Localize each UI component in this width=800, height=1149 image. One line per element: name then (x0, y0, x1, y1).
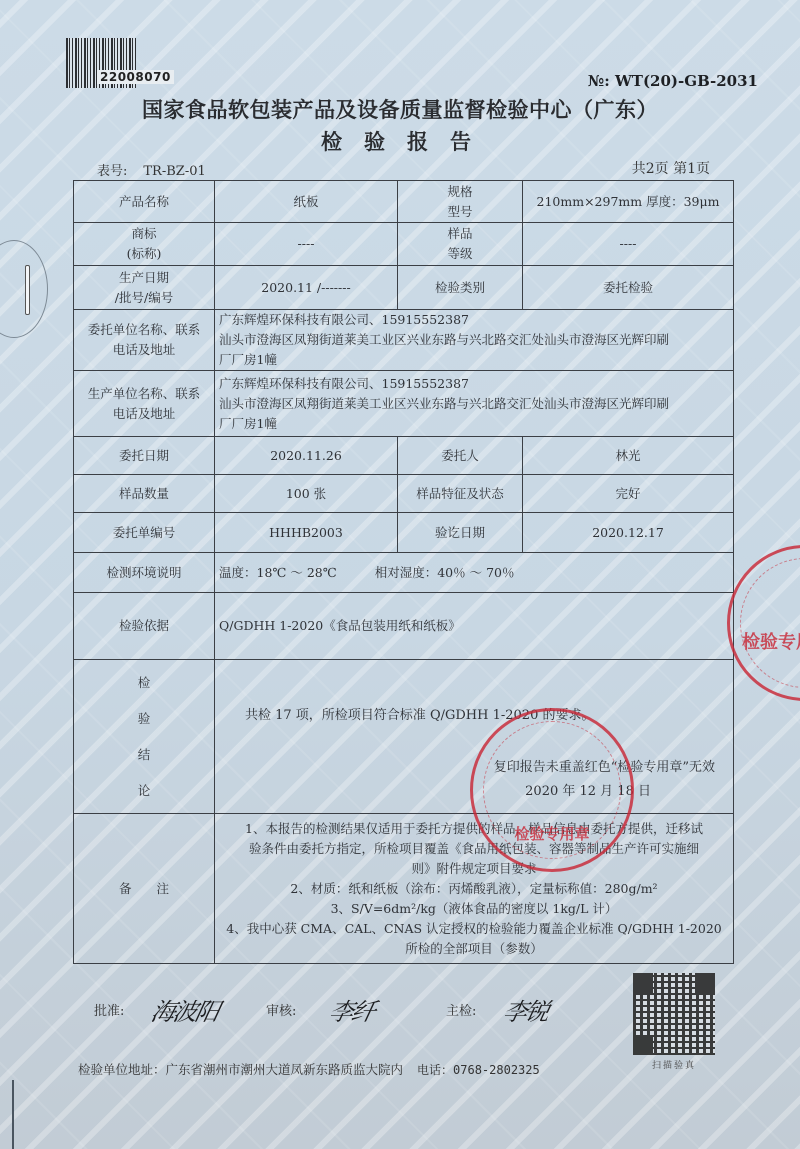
document-title: 检验报告 (0, 126, 800, 156)
sample-state: 完好 (523, 475, 734, 513)
table-row: 检测环境说明 温度：18℃ ～ 28℃相对湿度：40％ ～ 70％ (74, 553, 734, 593)
entruster-label: 委托人 (398, 437, 523, 475)
footer-telephone: 电话：0768-2802325 (417, 1063, 540, 1077)
table-row: 商标(标称) ---- 样品等级 ---- (74, 223, 734, 266)
client-info: 广东辉煌环保科技有限公司、15915552387汕头市澄海区凤翔街道莱美工业区兴… (215, 310, 734, 371)
remark-line: 4、我中心获 CMA、CAL、CNAS 认定授权的检验能力覆盖企业标准 Q/GD… (219, 919, 729, 939)
binder-edge-line (12, 1080, 14, 1149)
grade-label: 样品等级 (398, 223, 523, 266)
footer-address: 检验单位地址：广东省潮州市潮州大道凤新东路质监大院内 (78, 1062, 403, 1077)
form-number-label: 表号: (97, 164, 127, 179)
inspection-seal-stamp: 检验专用章 (470, 708, 634, 872)
product-name-label: 产品名称 (74, 181, 215, 223)
table-row: 样品数量 100 张 样品特征及状态 完好 (74, 475, 734, 513)
page-info: 共2页 第1页 (632, 158, 710, 178)
remark-line: 2、材质：纸和纸板（涂布：丙烯酸乳液），定量标称值：280g/m² (219, 879, 729, 899)
report-table: 产品名称 纸板 规格型号 210mm×297mm 厚度：39μm 商标(标称) … (73, 180, 734, 964)
environment-label: 检测环境说明 (74, 553, 215, 593)
table-row: 生产单位名称、联系电话及地址 广东辉煌环保科技有限公司、15915552387汕… (74, 371, 734, 437)
table-row: 委托单位名称、联系电话及地址 广东辉煌环保科技有限公司、15915552387汕… (74, 310, 734, 371)
review-label: 审核: (266, 1000, 296, 1019)
organization-title: 国家食品软包装产品及设备质量监督检验中心（广东） (0, 94, 800, 124)
remark-line: 所检的全部项目（参数） (219, 939, 729, 959)
inspection-type-label: 检验类别 (398, 266, 523, 310)
finish-date: 2020.12.17 (523, 513, 734, 553)
environment-info: 温度：18℃ ～ 28℃相对湿度：40％ ～ 70％ (215, 553, 734, 593)
inspection-basis: Q/GDHH 1-2020《食品包装用纸和纸板》 (215, 593, 734, 660)
remark-line: 3、S/V=6dm²/kg（液体食品的密度以 1kg/L 计） (219, 899, 729, 919)
order-number: HHHB2003 (215, 513, 398, 553)
inspection-type: 委托检验 (523, 266, 734, 310)
sample-state-label: 样品特征及状态 (398, 475, 523, 513)
table-row: 委托单编号 HHHB2003 验讫日期 2020.12.17 (74, 513, 734, 553)
barcode-number: 22008070 (97, 70, 174, 84)
client-label: 委托单位名称、联系电话及地址 (74, 310, 215, 371)
qr-label: 扫描验真 (633, 1058, 715, 1071)
footer: 检验单位地址：广东省潮州市潮州大道凤新东路质监大院内电话：0768-280232… (78, 1060, 540, 1078)
finish-date-label: 验讫日期 (398, 513, 523, 553)
approve-label: 批准: (94, 1000, 124, 1019)
table-row: 产品名称 纸板 规格型号 210mm×297mm 厚度：39μm (74, 181, 734, 223)
trademark-label: 商标(标称) (74, 223, 215, 266)
production-date: 2020.11 /------- (215, 266, 398, 310)
approve-signature: 海波阳 (148, 992, 221, 1027)
table-row: 委托日期 2020.11.26 委托人 林光 (74, 437, 734, 475)
order-number-label: 委托单编号 (74, 513, 215, 553)
form-number-value: TR-BZ-01 (143, 164, 205, 179)
spec-label: 规格型号 (398, 181, 523, 223)
sample-quantity: 100 张 (215, 475, 398, 513)
producer-info: 广东辉煌环保科技有限公司、15915552387汕头市澄海区凤翔街道莱美工业区兴… (215, 371, 734, 437)
conclusion-label: 检验结论 (74, 660, 215, 814)
product-name: 纸板 (215, 181, 398, 223)
review-signature: 李纤 (326, 992, 377, 1027)
chief-inspector-label: 主检: (446, 1000, 476, 1019)
form-number: 表号:TR-BZ-01 (97, 160, 206, 179)
table-row: 备 注 1、本报告的检测结果仅适用于委托方提供的样品，样品信息由委托方提供，迁移… (74, 814, 734, 964)
env-humidity: 相对湿度：40％ ～ 70％ (375, 565, 515, 580)
qr-code-icon[interactable] (633, 973, 715, 1055)
trademark-value: ---- (215, 223, 398, 266)
entrust-date: 2020.11.26 (215, 437, 398, 475)
table-row: 检验结论 共检 17 项，所检项目符合标准 Q/GDHH 1-2020 的要求。… (74, 660, 734, 814)
production-date-label: 生产日期/批号/编号 (74, 266, 215, 310)
spec-value: 210mm×297mm 厚度：39μm (523, 181, 734, 223)
env-temperature: 温度：18℃ ～ 28℃ (219, 565, 337, 580)
table-row: 检验依据 Q/GDHH 1-2020《食品包装用纸和纸板》 (74, 593, 734, 660)
entrust-date-label: 委托日期 (74, 437, 215, 475)
grade-value: ---- (523, 223, 734, 266)
chief-inspector-signature: 李锐 (500, 992, 551, 1027)
remark-line: 则》附件规定项目要求 (219, 859, 729, 879)
remarks-label: 备 注 (74, 814, 215, 964)
basis-label: 检验依据 (74, 593, 215, 660)
table-row: 生产日期/批号/编号 2020.11 /------- 检验类别 委托检验 (74, 266, 734, 310)
producer-label: 生产单位名称、联系电话及地址 (74, 371, 215, 437)
sample-quantity-label: 样品数量 (74, 475, 215, 513)
report-number: №: WT(20)-GB-2031 (588, 72, 758, 90)
signature-row: 批准: 海波阳 审核: 李纤 主检: 李锐 (94, 992, 634, 1032)
entruster: 林光 (523, 437, 734, 475)
